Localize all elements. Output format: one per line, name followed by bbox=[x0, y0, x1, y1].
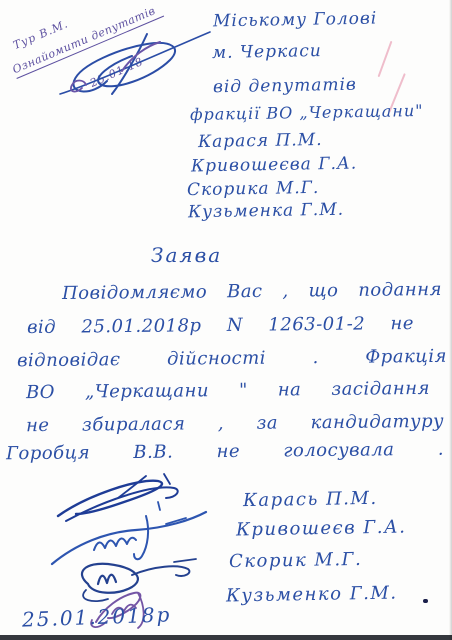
signature-1-icon bbox=[58, 474, 178, 521]
document-title: Заява bbox=[151, 243, 222, 267]
body-line: ВО „Черкащани " на засідання bbox=[26, 378, 430, 403]
scan-edge bbox=[0, 635, 452, 640]
signature-2-icon bbox=[52, 502, 206, 564]
body-line: Повідомляємо Вас , що подання bbox=[62, 279, 442, 304]
resolution-signature-icon bbox=[52, 26, 217, 104]
recipient-line: від депутатів bbox=[213, 75, 357, 98]
body-line: не збиралася , за кандидатуру bbox=[26, 411, 444, 436]
recipient-line: Міському Голові bbox=[213, 9, 378, 32]
recipient-line: Кривошеєва Г.А. bbox=[191, 154, 358, 177]
ink-dot bbox=[423, 599, 428, 603]
signatory-name: Кривошеєв Г.А. bbox=[236, 517, 407, 541]
recipient-line: фракції ВО „Черкащани" bbox=[190, 101, 424, 124]
recipient-line: Карася П.М. bbox=[198, 130, 323, 152]
body-line: від 25.01.2018р N 1263-01-2 не bbox=[27, 313, 414, 338]
pink-check-mark bbox=[378, 41, 393, 77]
recipient-line: Кузьменка Г.М. bbox=[188, 200, 344, 223]
signatory-name: Кузьменко Г.М. bbox=[226, 583, 398, 607]
recipient-line: Скорика М.Г. bbox=[187, 178, 320, 200]
body-line: Горобця В.В. не голосувала . bbox=[6, 439, 444, 465]
signatory-name: Карась П.М. bbox=[243, 488, 378, 511]
body-line: відповідає дійсності . Фракція bbox=[17, 346, 447, 372]
scanned-document-page: Тур В.М. Ознайомити депутатів 25.01.18 М… bbox=[0, 0, 452, 640]
recipient-line: м. Черкаси bbox=[212, 41, 322, 63]
signatory-name: Скорик М.Г. bbox=[229, 549, 363, 572]
